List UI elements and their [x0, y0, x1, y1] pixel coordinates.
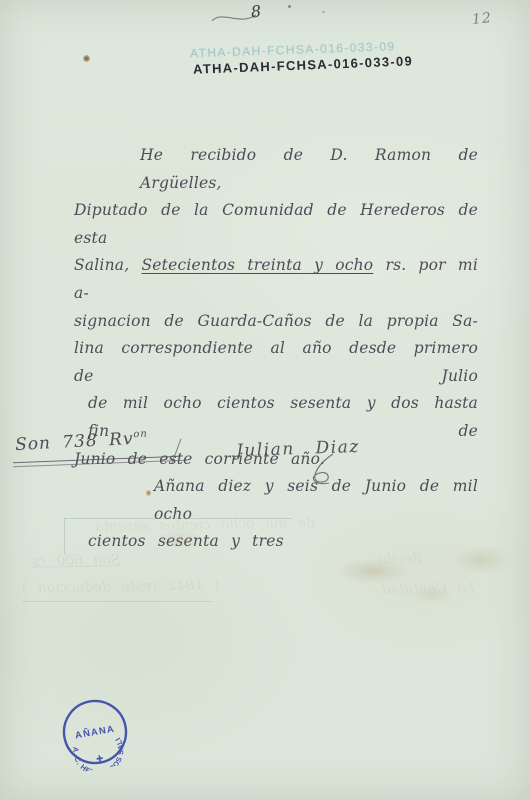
manuscript-line: He recibido de D. Ramon de Argüelles,	[74, 142, 478, 197]
underlined-amount-words: Setecientos treinta y ocho	[141, 256, 373, 274]
ink-speck	[288, 5, 291, 8]
stamp-cross-icon: ✚	[95, 754, 105, 765]
ghost-rule-line	[64, 518, 65, 554]
manuscript-line: Salina, Setecientos treinta y ocho rs. p…	[74, 252, 478, 307]
ghost-rule-line	[22, 601, 212, 602]
folio-number: 8	[250, 2, 262, 23]
page-number: 12	[471, 9, 493, 29]
scanned-document-page: 8 12 ATHA-DAH-FCHSA-016-033-09 ATHA-DAH-…	[0, 0, 530, 800]
stamp-center-text: AÑANA	[74, 724, 116, 742]
ghost-bleedthrough-text: Recibi	[378, 550, 423, 569]
community-stamp: A. C. HEREDEROS SALINAS AÑANA ✚	[52, 689, 138, 775]
ghost-bleedthrough-text: de mil ocho cientos sesenta	[95, 514, 315, 536]
ghost-bleedthrough-text: La Cantidad	[382, 579, 475, 599]
ghost-bleedthrough-text: Son 600 rs	[32, 551, 121, 571]
amount-unit: Rv	[109, 429, 134, 450]
manuscript-line: lina correspondiente al año desde primer…	[74, 335, 478, 390]
ghost-bleedthrough-text: ( 1842 resto deduccion )	[22, 576, 220, 597]
amount-unit-superscript: on	[133, 429, 148, 441]
amount-value: Son 738	[15, 431, 99, 455]
foxing-spot	[83, 55, 90, 62]
manuscript-text-block: He recibido de D. Ramon de Argüelles, Di…	[74, 142, 478, 556]
manuscript-line-part: Salina,	[74, 256, 129, 274]
manuscript-line: Diputado de la Comunidad de Herederos de…	[74, 197, 478, 252]
manuscript-line: signacion de Guarda-Caños de la propia S…	[74, 308, 478, 336]
ink-speck	[322, 11, 325, 13]
signature-rubric-flourish	[295, 452, 355, 488]
